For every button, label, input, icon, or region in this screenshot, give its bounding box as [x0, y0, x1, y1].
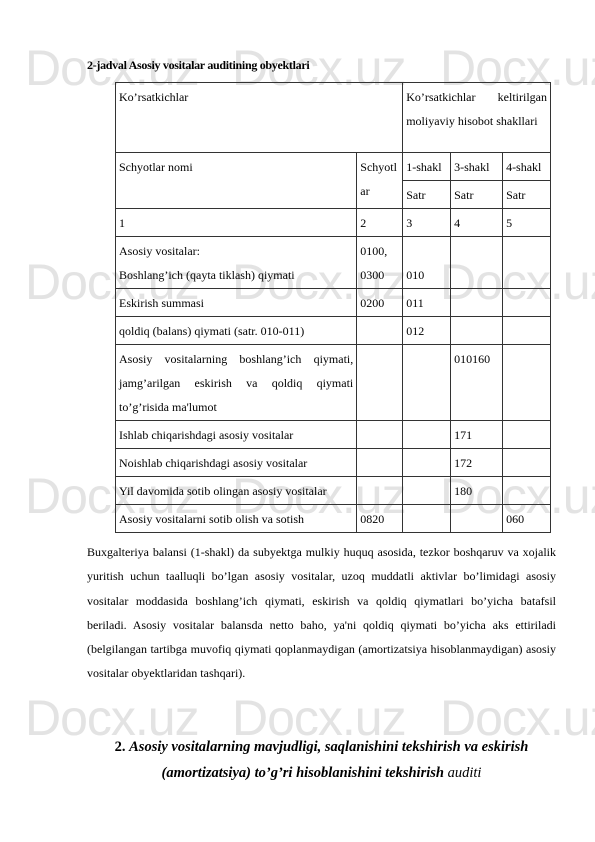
- row-form4: 060: [503, 505, 551, 533]
- row-form4: [503, 421, 551, 449]
- row-form3: [451, 505, 503, 533]
- row-name: Asosiy vositalarni sotib olish va sotish: [116, 505, 357, 533]
- row-account: [357, 449, 403, 477]
- row-form1: [403, 505, 451, 533]
- header-form3: 3-shakl: [451, 153, 503, 181]
- row-name: Asosiy vositalarning boshlang’ich qiymat…: [116, 345, 357, 421]
- row-account: 0820: [357, 505, 403, 533]
- header-form4: 4-shakl: [503, 153, 551, 181]
- row-name: Asosiy vositalar:Boshlang’ich (qayta tik…: [116, 237, 357, 289]
- row-name: qoldiq (balans) qiymati (satr. 010-011): [116, 317, 357, 345]
- table-numbering-row: 1 2 3 4 5: [116, 209, 551, 237]
- table-row: Asosiy vositalarni sotib olish va sotish…: [116, 505, 551, 533]
- col-number: 1: [116, 209, 357, 237]
- row-form3: [451, 237, 503, 289]
- row-account: [357, 421, 403, 449]
- row-account: 0100,0300: [357, 237, 403, 289]
- row-account: [357, 345, 403, 421]
- row-form3: 010160: [451, 345, 503, 421]
- row-account: [357, 317, 403, 345]
- table-header-row: Ko’rsatkichlar Ko’rsatkichlar keltirilga…: [116, 83, 551, 153]
- row-form4: [503, 345, 551, 421]
- row-form3: 180: [451, 477, 503, 505]
- body-paragraph: Buxgalteriya balansi (1-shakl) da subyek…: [87, 540, 556, 686]
- row-form4: [503, 449, 551, 477]
- row-form3: 172: [451, 449, 503, 477]
- table-header-row: Schyotlar nomi Schyotlar 1-shakl 3-shakl…: [116, 153, 551, 181]
- table-caption: 2-jadval Asosiy vositalar auditining oby…: [87, 58, 309, 73]
- table-row: Asosiy vositalar:Boshlang’ich (qayta tik…: [116, 237, 551, 289]
- header-report-forms: Ko’rsatkichlar keltirilgan moliyaviy his…: [403, 83, 551, 153]
- row-account: [357, 477, 403, 505]
- section-number: 2.: [115, 739, 126, 755]
- row-form4: [503, 237, 551, 289]
- row-form1: 011: [403, 289, 451, 317]
- row-name: Eskirish summasi: [116, 289, 357, 317]
- row-form3: [451, 317, 503, 345]
- col-number: 2: [357, 209, 403, 237]
- row-name: Noishlab chiqarishdagi asosiy vositalar: [116, 449, 357, 477]
- row-form1: [403, 421, 451, 449]
- header-satr: Satr: [403, 181, 451, 209]
- header-satr: Satr: [503, 181, 551, 209]
- row-form1: [403, 345, 451, 421]
- row-form1: 010: [403, 237, 451, 289]
- table-row: Yil davomida sotib olingan asosiy vosita…: [116, 477, 551, 505]
- table-row: Eskirish summasi 0200 011: [116, 289, 551, 317]
- row-form4: [503, 289, 551, 317]
- header-accounts-name: Schyotlar nomi: [116, 153, 357, 209]
- row-form1: [403, 477, 451, 505]
- table-row: Asosiy vositalarning boshlang’ich qiymat…: [116, 345, 551, 421]
- row-form3: 171: [451, 421, 503, 449]
- audit-objects-table: Ko’rsatkichlar Ko’rsatkichlar keltirilga…: [115, 82, 551, 533]
- row-account: 0200: [357, 289, 403, 317]
- table-row: Ishlab chiqarishdagi asosiy vositalar 17…: [116, 421, 551, 449]
- col-number: 5: [503, 209, 551, 237]
- row-name: Yil davomida sotib olingan asosiy vosita…: [116, 477, 357, 505]
- header-form1: 1-shakl: [403, 153, 451, 181]
- row-form4: [503, 317, 551, 345]
- header-accounts: Schyotlar: [357, 153, 403, 209]
- section-heading: 2. Asosiy vositalarning mavjudligi, saql…: [87, 734, 556, 786]
- header-satr: Satr: [451, 181, 503, 209]
- section-title-tail: auditi: [448, 765, 482, 781]
- col-number: 3: [403, 209, 451, 237]
- row-form1: 012: [403, 317, 451, 345]
- row-name: Ishlab chiqarishdagi asosiy vositalar: [116, 421, 357, 449]
- table-row: qoldiq (balans) qiymati (satr. 010-011) …: [116, 317, 551, 345]
- header-indicators: Ko’rsatkichlar: [116, 83, 403, 153]
- table-row: Noishlab chiqarishdagi asosiy vositalar …: [116, 449, 551, 477]
- row-form4: [503, 477, 551, 505]
- col-number: 4: [451, 209, 503, 237]
- row-form1: [403, 449, 451, 477]
- row-form3: [451, 289, 503, 317]
